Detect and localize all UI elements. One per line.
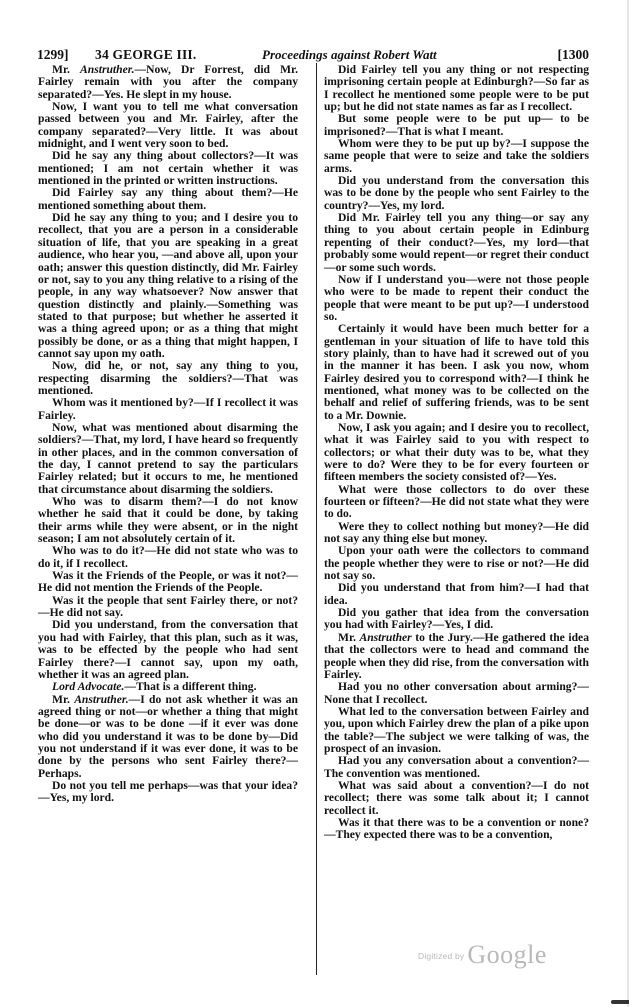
left-page-number: 1299]	[37, 47, 69, 63]
paragraph: Whom was it mentioned by?—If I recollect…	[38, 397, 298, 422]
left-column: Mr. Anstruther.—Now, Dr Forrest, did Mr.…	[38, 64, 298, 805]
book-page: 1299] 34 GEORGE III. Proceedings against…	[0, 0, 629, 1007]
paragraph: Did you understand from the conversation…	[324, 175, 589, 212]
speaker-prefix: Mr.	[52, 693, 74, 706]
paragraph: Now, what was mentioned about disarming …	[38, 422, 298, 496]
speaker-prefix: Mr.	[52, 63, 80, 76]
running-title: Proceedings against Robert Watt	[262, 47, 437, 63]
paragraph: Whom were they to be put up by?—I suppos…	[324, 138, 589, 175]
paragraph: Had you no other conversation about armi…	[324, 681, 589, 706]
paragraph: What led to the conversation between Fai…	[324, 706, 589, 755]
paragraph: Who was to do it?—He did not state who w…	[38, 545, 298, 570]
paragraph: Now, did he, or not, say any thing to yo…	[38, 360, 298, 397]
paragraph: Now if I understand you—were not those p…	[324, 274, 589, 323]
paragraph: Did he say any thing about collectors?—I…	[38, 150, 298, 187]
scan-edge-mark	[611, 1000, 629, 1004]
paragraph: Did you gather that idea from the conver…	[324, 607, 589, 632]
paragraph: Mr. Anstruther.—I do not ask whether it …	[38, 694, 298, 780]
digitized-watermark: Digitized byGoogle	[418, 940, 547, 970]
paragraph: Did you understand that from him?—I had …	[324, 582, 589, 607]
right-page-number: [1300	[558, 47, 590, 63]
paragraph: Did Mr. Fairley tell you any thing—or sa…	[324, 212, 589, 274]
paragraph: But some people were to be put up— to be…	[324, 113, 589, 138]
paragraph: Was it that there was to be a convention…	[324, 817, 589, 842]
paragraph-text: —That is a different thing.	[124, 680, 256, 693]
reign-label: 34 GEORGE III.	[95, 47, 196, 63]
speaker-prefix: Mr.	[338, 631, 359, 644]
speaker-name: Lord Advocate.	[52, 680, 124, 693]
paragraph: Did you understand, from the conversatio…	[38, 619, 298, 681]
paragraph: Now, I ask you again; and I desire you t…	[324, 422, 589, 484]
column-divider	[316, 63, 317, 975]
paragraph: Certainly it would have been much better…	[324, 323, 589, 422]
paragraph-text: —I do not ask whether it was an agreed t…	[38, 693, 298, 780]
paragraph: Did Fairley say any thing about them?—He…	[38, 187, 298, 212]
paragraph: What was said about a convention?—I do n…	[324, 780, 589, 817]
paragraph: Did Fairley tell you any thing or not re…	[324, 64, 589, 113]
paragraph: Had you any conversation about a convent…	[324, 755, 589, 780]
speaker-name: Anstruther.	[74, 693, 128, 706]
watermark-prefix: Digitized by	[418, 951, 464, 961]
speaker-name: Anstruther	[359, 631, 411, 644]
paragraph: Did he say any thing to you; and I desir…	[38, 212, 298, 360]
paragraph: Were they to collect nothing but money?—…	[324, 521, 589, 546]
google-logo: Google	[467, 940, 547, 969]
running-header: 1299] 34 GEORGE III. Proceedings against…	[37, 47, 589, 63]
paragraph: Upon your oath were the collectors to co…	[324, 545, 589, 582]
paragraph: Was it the Friends of the People, or was…	[38, 570, 298, 595]
paragraph: Mr. Anstruther to the Jury.—He gathered …	[324, 632, 589, 681]
paragraph: Now, I want you to tell me what conversa…	[38, 101, 298, 150]
paragraph: Do not you tell me perhaps—was that your…	[38, 780, 298, 805]
right-column: Did Fairley tell you any thing or not re…	[324, 64, 589, 842]
paragraph: What were those collectors to do over th…	[324, 484, 589, 521]
speaker-name: Anstruther.	[80, 63, 134, 76]
paragraph: Who was to disarm them?—I do not know wh…	[38, 496, 298, 545]
paragraph: Was it the people that sent Fairley ther…	[38, 595, 298, 620]
paragraph: Mr. Anstruther.—Now, Dr Forrest, did Mr.…	[38, 64, 298, 101]
